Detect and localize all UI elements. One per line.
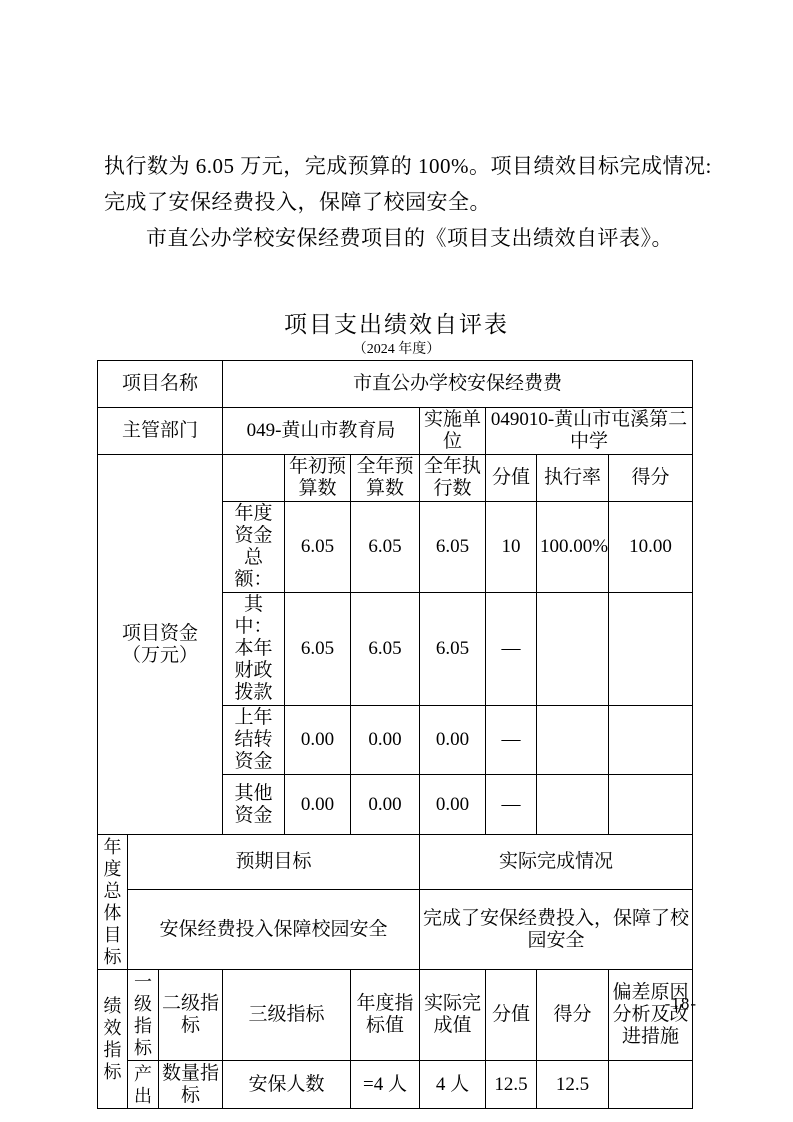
performance-score-cell: 12.5 [537,1061,609,1109]
funds-cell: — [486,775,537,835]
intro-paragraph-2: 市直公办学校安保经费项目的《项目支出绩效自评表》。 [104,220,692,256]
goal-actual-value: 完成了安保经费投入，保障了校园安全 [420,890,693,970]
performance-header-level3: 三级指标 [223,970,351,1061]
performance-header-level2: 二级指标 [159,970,223,1061]
table-title: 项目支出绩效自评表 [0,306,793,339]
funds-cell: 6.05 [351,502,420,593]
intro-line-1: 执行数为 6.05 万元，完成预算的 100%。项目绩效目标完成情况: [104,148,692,184]
funds-row-label: 其中：本年财政拨款 [223,593,285,706]
goal-section-label: 年度总体目标 [98,835,128,970]
performance-header-actual: 实际完成值 [420,970,486,1061]
project-name-label: 项目名称 [98,361,223,408]
funds-cell: 6.05 [285,502,351,593]
funds-cell: 0.00 [351,775,420,835]
goal-header-row: 年度总体目标 预期目标 实际完成情况 [98,835,693,890]
dept-label: 主管部门 [98,408,223,455]
table-row: 项目名称 市直公办学校安保经费费 [98,361,693,408]
performance-header-row: 绩效指标 一级指标 二级指标 三级指标 年度指标值 实际完成值 分值 得分 偏差… [98,970,693,1061]
performance-section-label: 绩效指标 [98,970,128,1109]
funds-row-label: 上年结转资金 [223,706,285,775]
funds-subrow-header-empty [223,455,285,502]
funds-header-score: 得分 [609,455,693,502]
self-evaluation-table: 项目名称 市直公办学校安保经费费 主管部门 049-黄山市教育局 实施单位 04… [97,360,693,1109]
funds-header-execution-rate: 执行率 [537,455,609,502]
performance-deviation-cell [609,1061,693,1109]
performance-header-score-value: 分值 [486,970,537,1061]
funds-cell: 6.05 [420,502,486,593]
dept-value: 049-黄山市教育局 [223,408,420,455]
funds-cell: 0.00 [420,775,486,835]
performance-header-level1: 一级指标 [128,970,159,1061]
performance-level2-value: 数量指标 [159,1061,223,1109]
table-subtitle: （2024 年度） [0,338,793,358]
performance-target-value: =4 人 [351,1061,420,1109]
funds-cell: 0.00 [285,706,351,775]
funds-cell: 100.00% [537,502,609,593]
performance-data-row: 产出 数量指标 安保人数 =4 人 4 人 12.5 12.5 [98,1061,693,1109]
funds-cell: 0.00 [351,706,420,775]
funds-cell [537,706,609,775]
funds-cell [609,706,693,775]
performance-actual-value: 4 人 [420,1061,486,1109]
funds-cell: 10.00 [609,502,693,593]
funds-cell [537,775,609,835]
funds-cell: — [486,593,537,706]
funds-cell: 0.00 [285,775,351,835]
performance-level1-value: 产出 [128,1061,159,1109]
funds-cell: 6.05 [285,593,351,706]
intro-line-2: 完成了安保经费投入，保障了校园安全。 [104,184,692,220]
performance-level3-value: 安保人数 [223,1061,351,1109]
funds-cell [537,593,609,706]
funds-cell: 6.05 [420,593,486,706]
goal-actual-header: 实际完成情况 [420,835,693,890]
unit-value: 049010-黄山市屯溪第二中学 [486,408,693,455]
goal-expected-header: 预期目标 [128,835,420,890]
funds-cell: 0.00 [420,706,486,775]
unit-label: 实施单位 [420,408,486,455]
funds-cell: 6.05 [351,593,420,706]
funds-cell [609,775,693,835]
funds-row-label: 其他资金 [223,775,285,835]
performance-score-value-cell: 12.5 [486,1061,537,1109]
performance-header-deviation: 偏差原因分析及改进措施 [609,970,693,1061]
document-page: 执行数为 6.05 万元，完成预算的 100%。项目绩效目标完成情况: 完成了安… [0,0,793,1122]
funds-section-label-line1: 项目资金 [101,623,219,645]
funds-cell: 10 [486,502,537,593]
funds-section-label: 项目资金 （万元） [98,455,223,835]
funds-header-row: 项目资金 （万元） 年初预算数 全年预算数 全年执行数 分值 执行率 得分 [98,455,693,502]
funds-header-annual-budget: 全年预算数 [351,455,420,502]
table-row: 主管部门 049-黄山市教育局 实施单位 049010-黄山市屯溪第二中学 [98,408,693,455]
goal-expected-value: 安保经费投入保障校园安全 [128,890,420,970]
funds-header-initial-budget: 年初预算数 [285,455,351,502]
performance-header-score: 得分 [537,970,609,1061]
intro-paragraphs: 执行数为 6.05 万元，完成预算的 100%。项目绩效目标完成情况: 完成了安… [104,148,692,256]
project-name-value: 市直公办学校安保经费费 [223,361,693,408]
funds-cell [609,593,693,706]
goal-content-row: 安保经费投入保障校园安全 完成了安保经费投入，保障了校园安全 [98,890,693,970]
funds-cell: — [486,706,537,775]
funds-header-score-value: 分值 [486,455,537,502]
performance-header-target: 年度指标值 [351,970,420,1061]
funds-section-label-line2: （万元） [101,645,219,667]
funds-row-label: 年度资金总额： [223,502,285,593]
funds-header-annual-execution: 全年执行数 [420,455,486,502]
page-number: -18- [665,994,697,1014]
